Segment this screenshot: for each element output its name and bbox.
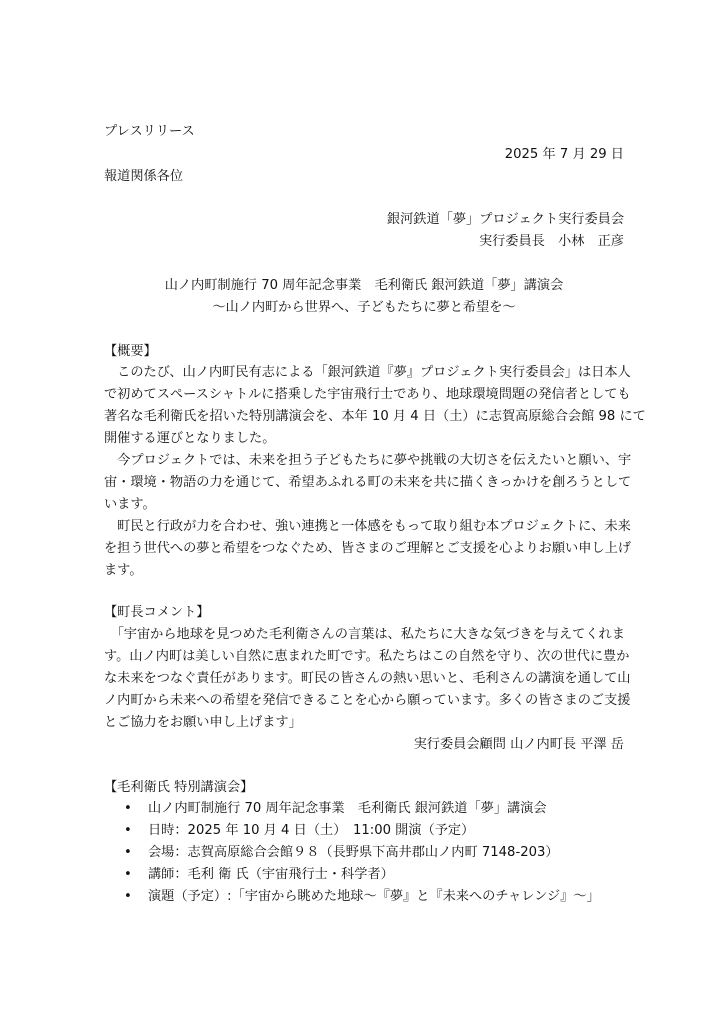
bullet-icon: • xyxy=(124,820,132,842)
event-venue: 会場：志賀高原総合会館９８（長野県下高井郡山ノ内町 7148-203） xyxy=(148,845,559,860)
overview-line: を担う世代への夢と希望をつなぐため、皆さまのご理解とご支援を心よりお願い申し上げ xyxy=(104,538,624,560)
overview-line: このたび、山ノ内町民有志による「銀河鉄道『夢』プロジェクト実行委員会」は日本人 xyxy=(104,362,624,384)
comment-line: 「宇宙から地球を見つめた毛利衛さんの言葉は、私たちに大きな気づきを与えてくれま xyxy=(104,624,624,646)
list-item: •山ノ内町制施行 70 周年記念事業 毛利衛氏 銀河鉄道「夢」講演会 xyxy=(104,798,624,820)
overview-line: います。 xyxy=(104,494,624,516)
overview-heading: 【概要】 xyxy=(104,342,624,362)
overview-line: で初めてスペースシャトルに搭乗した宇宙飛行士であり、地球環境問題の発信者としても xyxy=(104,384,624,406)
comment-line: とご協力をお願い申し上げます」 xyxy=(104,712,624,734)
overview-line: 今プロジェクトでは、未来を担う子どもたちに夢や挑戦の大切さを伝えたいと願い、宇 xyxy=(104,450,624,472)
bullet-icon: • xyxy=(124,886,132,908)
bullet-icon: • xyxy=(124,842,132,864)
event-topic: 演題（予定）:「宇宙から眺めた地球～『夢』と『未来へのチャレンジ』～」 xyxy=(148,889,600,904)
sender-name: 実行委員長 小林 正彦 xyxy=(104,232,624,252)
overview-line: 開催する運びとなりました。 xyxy=(104,428,624,450)
list-item: •演題（予定）:「宇宙から眺めた地球～『夢』と『未来へのチャレンジ』～」 xyxy=(104,886,624,908)
lecture-details-list: •山ノ内町制施行 70 周年記念事業 毛利衛氏 銀河鉄道「夢」講演会 •日時：2… xyxy=(104,798,624,908)
overview-line: 著名な毛利衛氏を招いた特別講演会を、本年 10 月 4 日（土）に志賀高原総合会… xyxy=(104,406,624,428)
addressee: 報道関係各位 xyxy=(104,167,624,187)
event-datetime: 日時：2025 年 10 月 4 日（土） 11:00 開演（予定） xyxy=(148,823,474,838)
event-speaker: 講師：毛利 衛 氏（宇宙飛行士・科学者） xyxy=(148,867,394,882)
comment-line: ノ内町から未来への希望を発信できることを心から願っています。多くの皆さまのご支援 xyxy=(104,690,624,712)
comment-line: な未来をつなぐ責任があります。町民の皆さんの熱い思いと、毛利さんの講演を通して山 xyxy=(104,668,624,690)
list-item: •会場：志賀高原総合会館９８（長野県下高井郡山ノ内町 7148-203） xyxy=(104,842,624,864)
list-item: •日時：2025 年 10 月 4 日（土） 11:00 開演（予定） xyxy=(104,820,624,842)
bullet-icon: • xyxy=(124,864,132,886)
mayor-comment-body: 「宇宙から地球を見つめた毛利衛さんの言葉は、私たちに大きな気づきを与えてくれま … xyxy=(104,624,624,734)
sender-organization: 銀河鉄道「夢」プロジェクト実行委員会 xyxy=(104,210,624,230)
mayor-signature: 実行委員会顧問 山ノ内町長 平澤 岳 xyxy=(104,735,624,755)
document-title: 山ノ内町制施行 70 周年記念事業 毛利衛氏 銀河鉄道「夢」講演会 xyxy=(104,276,624,296)
event-name: 山ノ内町制施行 70 周年記念事業 毛利衛氏 銀河鉄道「夢」講演会 xyxy=(148,801,547,816)
overview-line: ます。 xyxy=(104,560,624,582)
release-date: 2025 年 7 月 29 日 xyxy=(104,145,624,165)
overview-line: 宙・環境・物語の力を通じて、希望あふれる町の未来を共に描くきっかけを創ろうとして xyxy=(104,472,624,494)
overview-body: このたび、山ノ内町民有志による「銀河鉄道『夢』プロジェクト実行委員会」は日本人 … xyxy=(104,362,624,582)
lecture-heading: 【毛利衛氏 特別講演会】 xyxy=(104,778,624,798)
comment-line: す。山ノ内町は美しい自然に恵まれた町です。私たちはこの自然を守り、次の世代に豊か xyxy=(104,646,624,668)
overview-line: 町民と行政が力を合わせ、強い連携と一体感をもって取り組む本プロジェクトに、未来 xyxy=(104,516,624,538)
doc-type-label: プレスリリース xyxy=(104,122,624,142)
mayor-comment-heading: 【町長コメント】 xyxy=(104,603,624,623)
document-subtitle: ～山ノ内町から世界へ、子どもたちに夢と希望を～ xyxy=(104,298,624,318)
bullet-icon: • xyxy=(124,798,132,820)
list-item: •講師：毛利 衛 氏（宇宙飛行士・科学者） xyxy=(104,864,624,886)
